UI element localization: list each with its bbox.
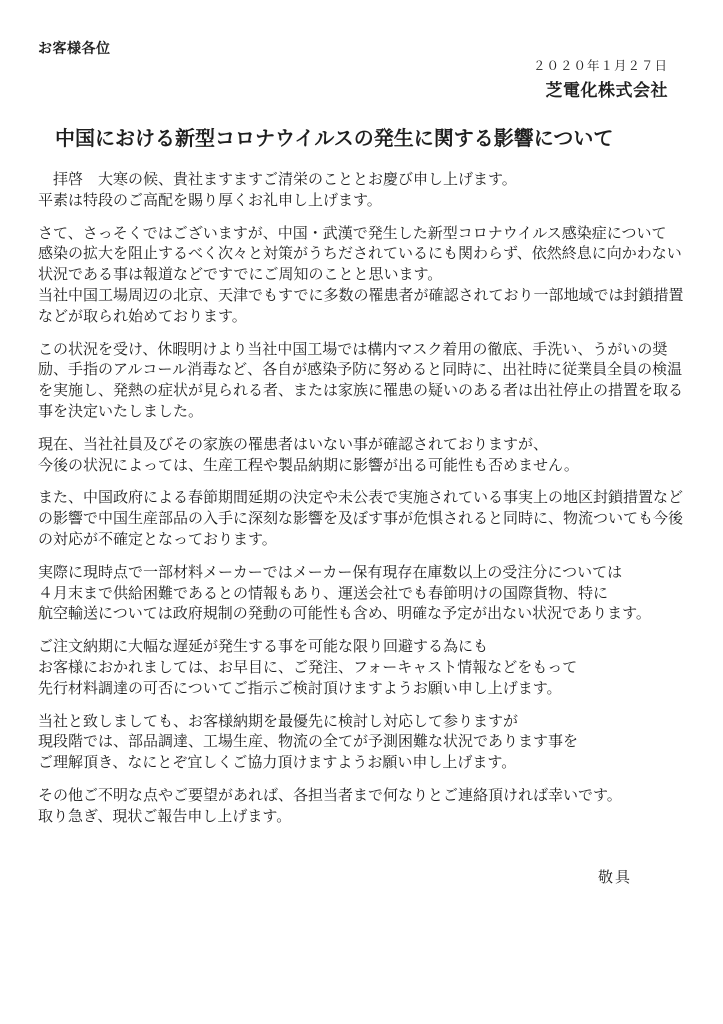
- document-page: お客様各位 ２０２０年１月２７日 芝電化株式会社 中国における新型コロナウイルス…: [0, 0, 723, 1024]
- paragraph: 拝啓 大寒の候、貴社ますますご清栄のこととお慶び申し上げます。平素は特段のご高配…: [38, 170, 683, 212]
- paragraph: 現在、当社社員及びその家族の罹患者はいない事が確認されておりますが、今後の状況に…: [38, 435, 683, 477]
- recipient: お客様各位: [38, 38, 111, 58]
- document-title: 中国における新型コロナウイルスの発生に関する影響について: [55, 122, 613, 151]
- paragraph: さて、さっそくではございますが、中国・武漢で発生した新型コロナウイルス感染症につ…: [38, 224, 683, 328]
- closing-salutation: 敬具: [598, 866, 632, 887]
- paragraph: 実際に現時点で一部材料メーカーではメーカー保有現存在庫数以上の受注分については４…: [38, 563, 683, 625]
- paragraph: その他ご不明な点やご要望があれば、各担当者まで何なりとご連絡頂ければ幸いです。取…: [38, 786, 683, 828]
- company-name: 芝電化株式会社: [533, 76, 668, 101]
- paragraph: 当社と致しましても、お客様納期を最優先に検討し対応して参りますが現段階では、部品…: [38, 712, 683, 774]
- header-right: ２０２０年１月２７日 芝電化株式会社: [533, 56, 668, 101]
- paragraph: ご注文納期に大幅な遅延が発生する事を可能な限り回避する為にもお客様におかれまして…: [38, 637, 683, 699]
- document-body: 拝啓 大寒の候、貴社ますますご清栄のこととお慶び申し上げます。平素は特段のご高配…: [38, 170, 683, 840]
- paragraph: この状況を受け、休暇明けより当社中国工場では構内マスク着用の徹底、手洗い、うがい…: [38, 340, 683, 423]
- date: ２０２０年１月２７日: [533, 56, 668, 74]
- paragraph: また、中国政府による春節期間延期の決定や未公表で実施されている事実上の地区封鎖措…: [38, 488, 683, 550]
